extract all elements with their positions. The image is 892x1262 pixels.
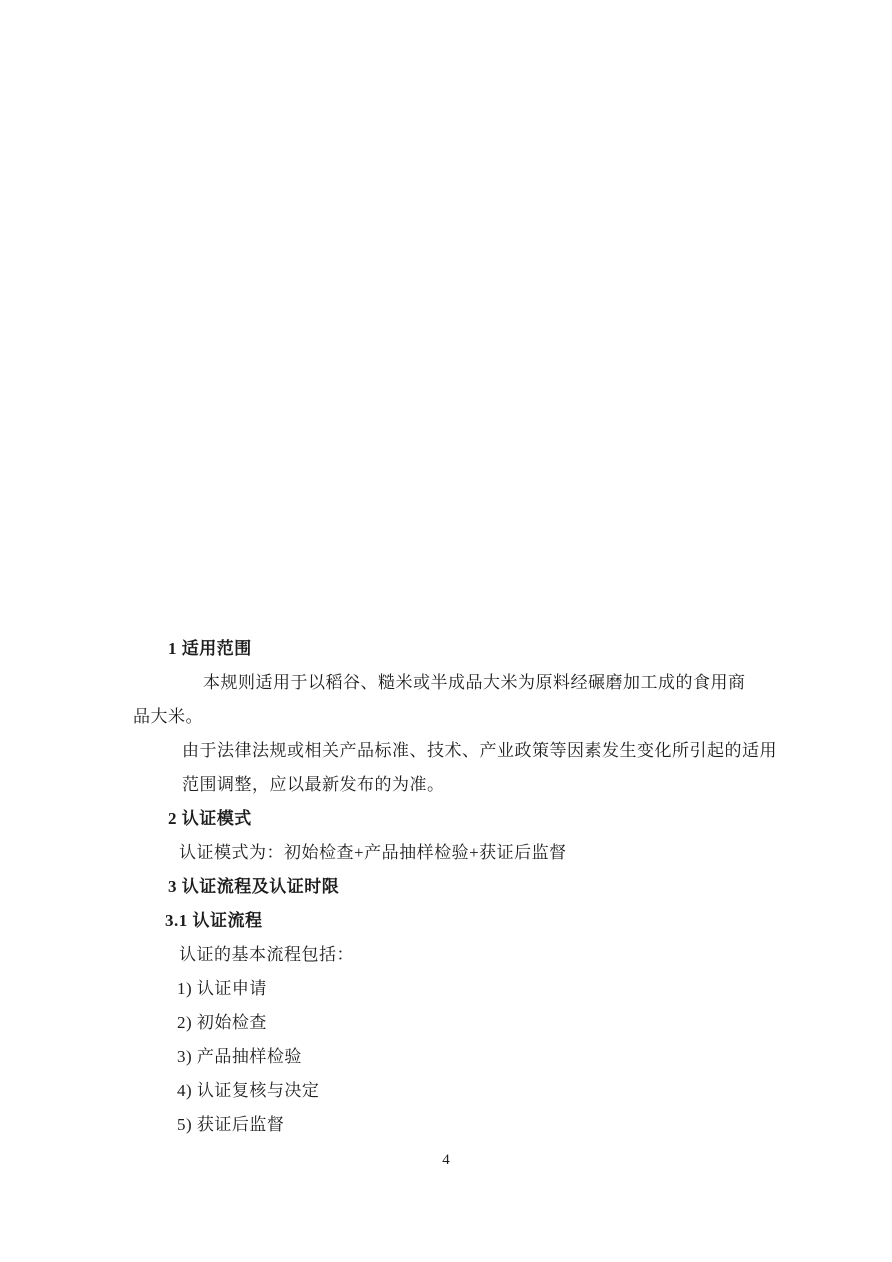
page-footer: 4 — [0, 1150, 892, 1170]
document-page: 1 适用范围 本规则适用于以稻谷、糙米或半成品大米为原料经碾磨加工成的食用商 品… — [0, 0, 892, 1262]
list-item-post-cert-supervision: 5) 获证后监督 — [177, 1108, 762, 1142]
sub-heading-cert-flow: 3.1 认证流程 — [165, 904, 762, 938]
paragraph-scope-line-2: 品大米。 — [133, 700, 762, 734]
paragraph-adjustment-line-2: 范围调整，应以最新发布的为准。 — [182, 768, 762, 802]
section-heading-scope: 1 适用范围 — [168, 632, 762, 666]
section-heading-cert-process: 3 认证流程及认证时限 — [168, 870, 762, 904]
list-item-review-decision: 4) 认证复核与决定 — [177, 1074, 762, 1108]
list-item-application: 1) 认证申请 — [177, 972, 762, 1006]
paragraph-adjustment-line-1: 由于法律法规或相关产品标准、技术、产业政策等因素发生变化所引起的适用 — [182, 734, 762, 768]
list-item-initial-inspection: 2) 初始检查 — [177, 1006, 762, 1040]
cert-mode-description: 认证模式为：初始检查+产品抽样检验+获证后监督 — [179, 836, 762, 870]
document-content: 1 适用范围 本规则适用于以稻谷、糙米或半成品大米为原料经碾磨加工成的食用商 品… — [130, 632, 762, 1142]
paragraph-scope-line-1: 本规则适用于以稻谷、糙米或半成品大米为原料经碾磨加工成的食用商 — [203, 666, 762, 700]
cert-flow-intro: 认证的基本流程包括： — [179, 938, 762, 972]
page-number: 4 — [442, 1152, 450, 1168]
section-heading-cert-mode: 2 认证模式 — [168, 802, 762, 836]
list-item-product-sampling: 3) 产品抽样检验 — [177, 1040, 762, 1074]
